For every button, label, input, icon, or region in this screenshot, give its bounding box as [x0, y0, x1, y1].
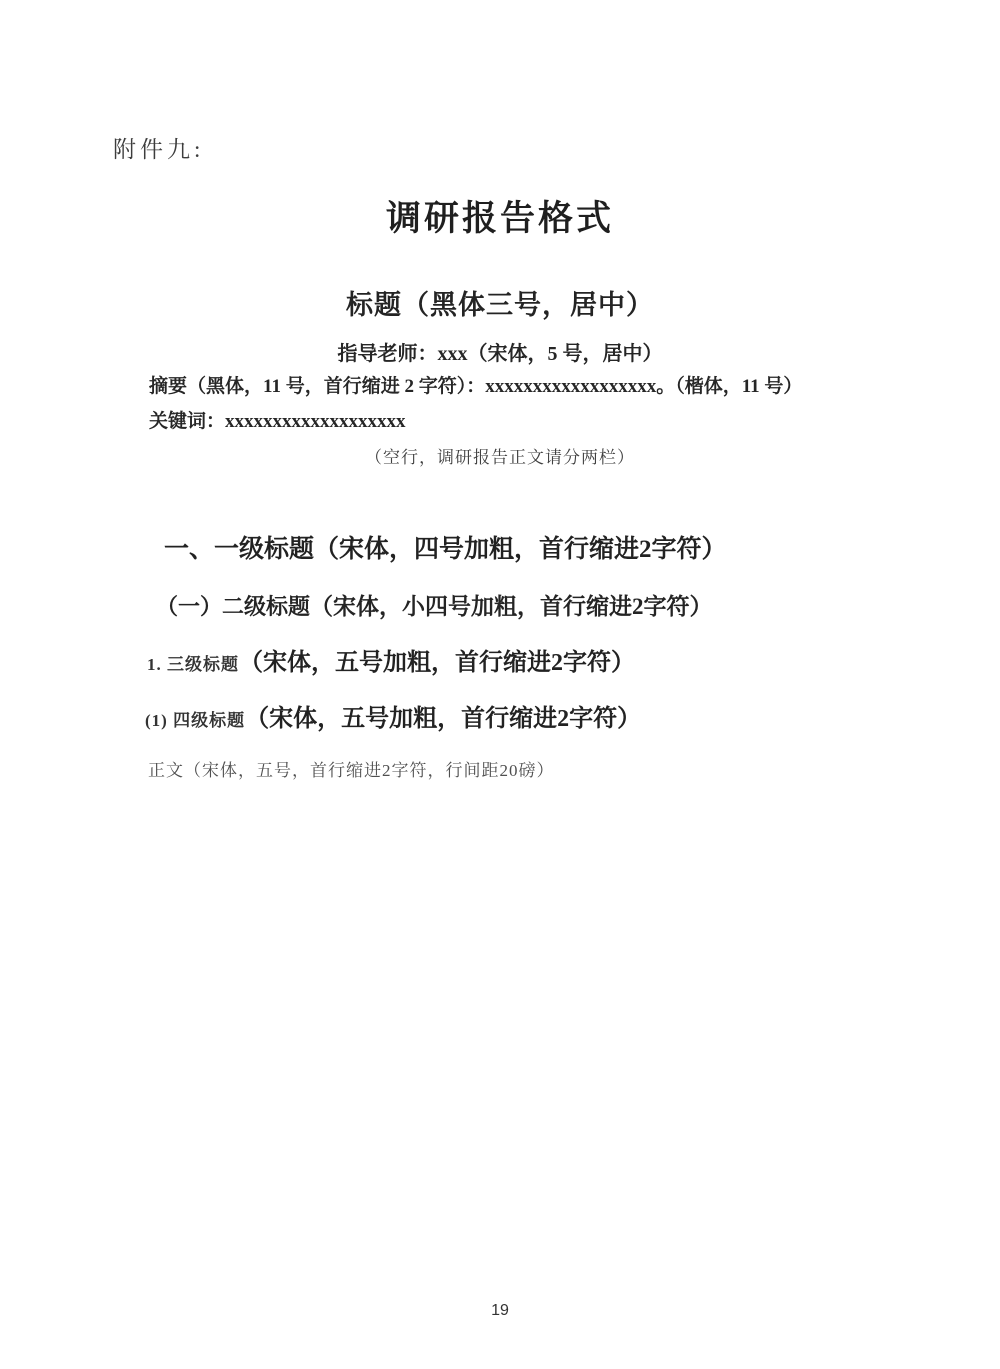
keywords-line: 关键词：xxxxxxxxxxxxxxxxxxx — [149, 411, 406, 434]
heading-level-1-label: 一、一级标题 — [164, 535, 314, 565]
attachment-label: 附件九: — [113, 136, 204, 164]
heading-level-1-spec: （宋体，四号加粗，首行缩进2字符） — [314, 535, 727, 565]
document-title: 调研报告格式 — [0, 198, 1000, 240]
heading-level-2-label: （一）二级标题 — [156, 594, 310, 620]
body-format-line: 正文（宋体，五号，首行缩进2字符，行间距20磅） — [148, 761, 555, 781]
title-format-line: 标题（黑体三号，居中） — [0, 289, 1000, 321]
heading-level-2-spec: （宋体，小四号加粗，首行缩进2字符） — [310, 593, 713, 621]
advisor-line: 指导老师：xxx（宋体，5 号，居中） — [0, 342, 1000, 366]
heading-level-1: 一、一级标题（宋体，四号加粗，首行缩进2字符） — [164, 535, 727, 565]
heading-level-4-spec: （宋体，五号加粗，首行缩进2字符） — [245, 705, 641, 734]
heading-level-4: (1) 四级标题（宋体，五号加粗，首行缩进2字符） — [145, 705, 641, 734]
heading-level-3-label: 1. 三级标题 — [147, 655, 239, 675]
page-number: 19 — [0, 1301, 1000, 1320]
document-page: 附件九: 调研报告格式 标题（黑体三号，居中） 指导老师：xxx（宋体，5 号，… — [0, 0, 1000, 1369]
abstract-line: 摘要（黑体，11 号，首行缩进 2 字符）：xxxxxxxxxxxxxxxxxx… — [149, 376, 802, 399]
heading-level-3: 1. 三级标题（宋体，五号加粗，首行缩进2字符） — [147, 649, 635, 678]
blank-line-note: （空行，调研报告正文请分两栏） — [0, 448, 1000, 468]
heading-level-2: （一）二级标题（宋体，小四号加粗，首行缩进2字符） — [156, 593, 713, 621]
heading-level-4-label: (1) 四级标题 — [145, 711, 245, 731]
heading-level-3-spec: （宋体，五号加粗，首行缩进2字符） — [239, 649, 635, 678]
